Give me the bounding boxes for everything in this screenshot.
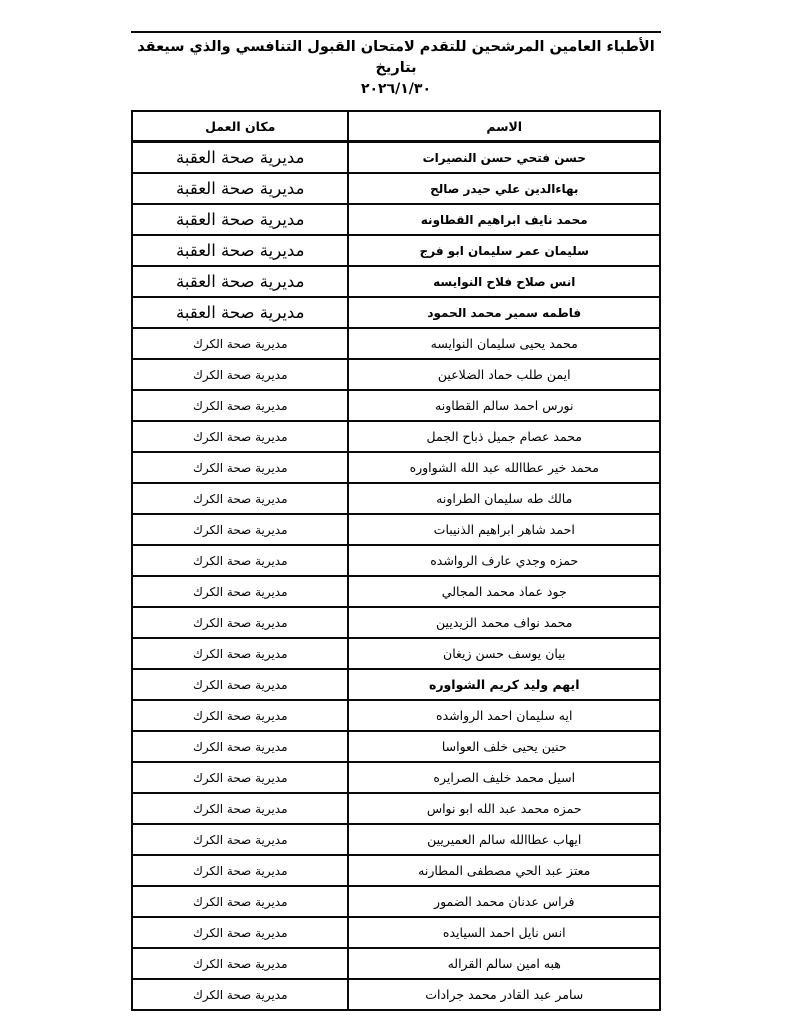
table-row: حسن فتحي حسن النصيراتمديرية صحة العقبة bbox=[132, 142, 660, 174]
workplace: مديرية صحة الكرك bbox=[132, 576, 348, 607]
workplace: مديرية صحة الكرك bbox=[132, 700, 348, 731]
workplace: مديرية صحة العقبة bbox=[132, 235, 348, 266]
workplace: مديرية صحة الكرك bbox=[132, 855, 348, 886]
workplace: مديرية صحة الكرك bbox=[132, 731, 348, 762]
workplace: مديرية صحة العقبة bbox=[132, 266, 348, 297]
table-row: سامر عبد القادر محمد جراداتمديرية صحة ال… bbox=[132, 979, 660, 1010]
document-header: الأطباء العامين المرشحين للتقدم لامتحان … bbox=[131, 31, 661, 100]
candidate-name: حمزه وجدي عارف الرواشده bbox=[348, 545, 660, 576]
table-row: ايه سليمان احمد الرواشدهمديرية صحة الكرك bbox=[132, 700, 660, 731]
name-column-header: الاسم bbox=[348, 111, 660, 142]
table-row: ايهم وليد كريم الشواورهمديرية صحة الكرك bbox=[132, 669, 660, 700]
workplace: مديرية صحة الكرك bbox=[132, 886, 348, 917]
candidate-name: نورس احمد سالم القطاونه bbox=[348, 390, 660, 421]
workplace-column-header: مكان العمل bbox=[132, 111, 348, 142]
candidate-name: بيان يوسف حسن زيغان bbox=[348, 638, 660, 669]
candidate-name: ايه سليمان احمد الرواشده bbox=[348, 700, 660, 731]
candidate-name: سليمان عمر سليمان ابو فرج bbox=[348, 235, 660, 266]
workplace: مديرية صحة الكرك bbox=[132, 421, 348, 452]
table-row: ايهاب عطاالله سالم العميريينمديرية صحة ا… bbox=[132, 824, 660, 855]
workplace: مديرية صحة العقبة bbox=[132, 173, 348, 204]
workplace: مديرية صحة الكرك bbox=[132, 824, 348, 855]
candidate-name: فاطمه سمير محمد الحمود bbox=[348, 297, 660, 328]
candidate-name: حسن فتحي حسن النصيرات bbox=[348, 142, 660, 174]
workplace: مديرية صحة الكرك bbox=[132, 328, 348, 359]
workplace: مديرية صحة الكرك bbox=[132, 917, 348, 948]
table-row: حمزه وجدي عارف الرواشدهمديرية صحة الكرك bbox=[132, 545, 660, 576]
workplace: مديرية صحة الكرك bbox=[132, 762, 348, 793]
table-row: احمد شاهر ابراهيم الذنيباتمديرية صحة الك… bbox=[132, 514, 660, 545]
table-row: حمزه محمد عبد الله ابو نواسمديرية صحة ال… bbox=[132, 793, 660, 824]
table-row: هبه امين سالم القرالهمديرية صحة الكرك bbox=[132, 948, 660, 979]
workplace: مديرية صحة الكرك bbox=[132, 607, 348, 638]
workplace: مديرية صحة الكرك bbox=[132, 483, 348, 514]
candidate-name: محمد نايف ابراهيم القطاونه bbox=[348, 204, 660, 235]
document-page: الأطباء العامين المرشحين للتقدم لامتحان … bbox=[0, 0, 791, 1024]
table-row: بيان يوسف حسن زيغانمديرية صحة الكرك bbox=[132, 638, 660, 669]
candidate-name: حمزه محمد عبد الله ابو نواس bbox=[348, 793, 660, 824]
table-row: محمد نواف محمد الزيديينمديرية صحة الكرك bbox=[132, 607, 660, 638]
candidate-name: انس صلاح فلاح النوايسه bbox=[348, 266, 660, 297]
table-row: محمد نايف ابراهيم القطاونهمديرية صحة الع… bbox=[132, 204, 660, 235]
workplace: مديرية صحة الكرك bbox=[132, 979, 348, 1010]
table-row: سليمان عمر سليمان ابو فرجمديرية صحة العق… bbox=[132, 235, 660, 266]
workplace: مديرية صحة الكرك bbox=[132, 669, 348, 700]
table-row: بهاءالدين علي حيدر صالحمديرية صحة العقبة bbox=[132, 173, 660, 204]
table-row: ايمن طلب حماد الضلاعينمديرية صحة الكرك bbox=[132, 359, 660, 390]
table-row: محمد عصام جميل ذباح الجملمديرية صحة الكر… bbox=[132, 421, 660, 452]
candidate-name: محمد يحيى سليمان النوايسه bbox=[348, 328, 660, 359]
candidate-name: ايهم وليد كريم الشواوره bbox=[348, 669, 660, 700]
table-row: اسيل محمد خليف الصرايرهمديرية صحة الكرك bbox=[132, 762, 660, 793]
workplace: مديرية صحة العقبة bbox=[132, 204, 348, 235]
workplace: مديرية صحة الكرك bbox=[132, 545, 348, 576]
candidate-name: حنين يحيى خلف العواسا bbox=[348, 731, 660, 762]
candidate-name: اسيل محمد خليف الصرايره bbox=[348, 762, 660, 793]
candidate-name: محمد نواف محمد الزيديين bbox=[348, 607, 660, 638]
workplace: مديرية صحة الكرك bbox=[132, 948, 348, 979]
table-row: نورس احمد سالم القطاونهمديرية صحة الكرك bbox=[132, 390, 660, 421]
candidate-name: معتز عبد الحي مصطفى المطارنه bbox=[348, 855, 660, 886]
workplace: مديرية صحة الكرك bbox=[132, 390, 348, 421]
table-row: حنين يحيى خلف العواسامديرية صحة الكرك bbox=[132, 731, 660, 762]
candidate-name: هبه امين سالم القراله bbox=[348, 948, 660, 979]
candidate-name: فراس عدنان محمد الضمور bbox=[348, 886, 660, 917]
candidate-name: انس نايل احمد السيايده bbox=[348, 917, 660, 948]
workplace: مديرية صحة الكرك bbox=[132, 452, 348, 483]
candidate-name: مالك طه سليمان الطراونه bbox=[348, 483, 660, 514]
table-header-row: الاسم مكان العمل bbox=[132, 111, 660, 142]
candidate-name: جود عماد محمد المجالي bbox=[348, 576, 660, 607]
document-title: الأطباء العامين المرشحين للتقدم لامتحان … bbox=[131, 37, 661, 79]
candidate-name: محمد عصام جميل ذباح الجمل bbox=[348, 421, 660, 452]
table-row: فراس عدنان محمد الضمورمديرية صحة الكرك bbox=[132, 886, 660, 917]
candidate-name: محمد خير عطاالله عبد الله الشواوره bbox=[348, 452, 660, 483]
workplace: مديرية صحة الكرك bbox=[132, 638, 348, 669]
workplace: مديرية صحة الكرك bbox=[132, 359, 348, 390]
table-row: انس صلاح فلاح النوايسهمديرية صحة العقبة bbox=[132, 266, 660, 297]
candidate-name: احمد شاهر ابراهيم الذنيبات bbox=[348, 514, 660, 545]
table-row: جود عماد محمد المجاليمديرية صحة الكرك bbox=[132, 576, 660, 607]
table-body: حسن فتحي حسن النصيراتمديرية صحة العقبةبه… bbox=[132, 142, 660, 1011]
table-row: مالك طه سليمان الطراونهمديرية صحة الكرك bbox=[132, 483, 660, 514]
table-row: انس نايل احمد السيايدهمديرية صحة الكرك bbox=[132, 917, 660, 948]
workplace: مديرية صحة العقبة bbox=[132, 297, 348, 328]
table-row: محمد يحيى سليمان النوايسهمديرية صحة الكر… bbox=[132, 328, 660, 359]
candidate-name: بهاءالدين علي حيدر صالح bbox=[348, 173, 660, 204]
workplace: مديرية صحة الكرك bbox=[132, 793, 348, 824]
document-date: ٢٠٢٦/١/٣٠ bbox=[131, 79, 661, 100]
candidates-table: الاسم مكان العمل حسن فتحي حسن النصيراتمد… bbox=[131, 110, 661, 1011]
candidate-name: ايهاب عطاالله سالم العميريين bbox=[348, 824, 660, 855]
table-row: محمد خير عطاالله عبد الله الشواورهمديرية… bbox=[132, 452, 660, 483]
workplace: مديرية صحة الكرك bbox=[132, 514, 348, 545]
candidate-name: ايمن طلب حماد الضلاعين bbox=[348, 359, 660, 390]
table-row: معتز عبد الحي مصطفى المطارنهمديرية صحة ا… bbox=[132, 855, 660, 886]
candidate-name: سامر عبد القادر محمد جرادات bbox=[348, 979, 660, 1010]
workplace: مديرية صحة العقبة bbox=[132, 142, 348, 174]
table-row: فاطمه سمير محمد الحمودمديرية صحة العقبة bbox=[132, 297, 660, 328]
